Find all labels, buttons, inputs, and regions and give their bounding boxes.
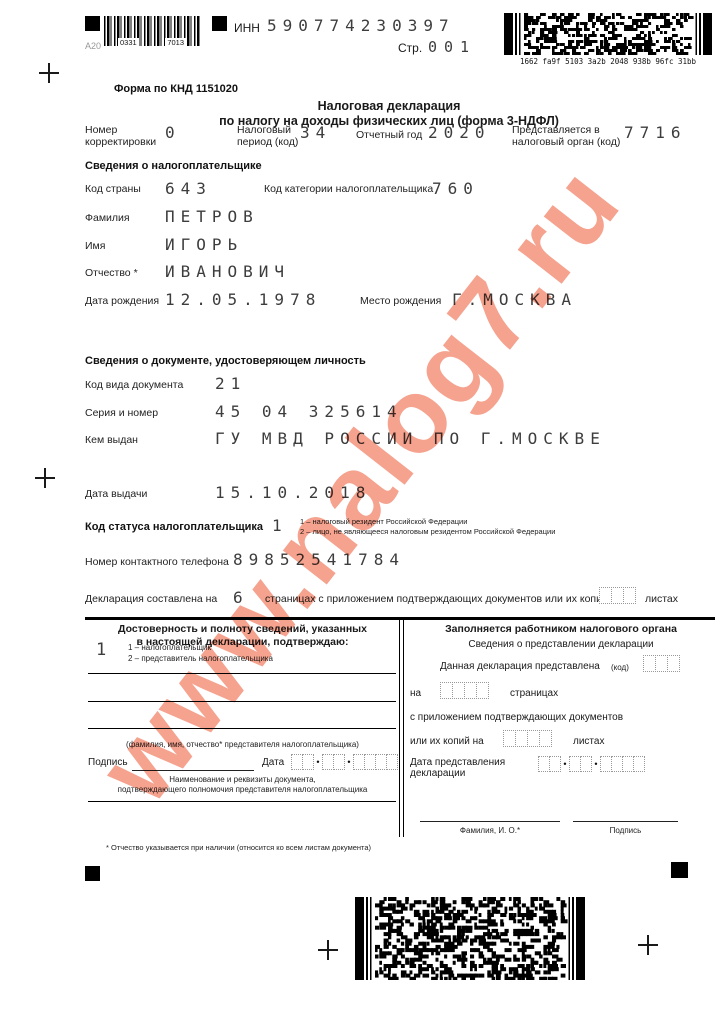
confirm-title-line1: Достоверность и полноту сведений, указан… <box>85 623 400 635</box>
crop-mark-plus-icon <box>39 63 59 83</box>
crop-mark-plus-icon <box>35 468 55 488</box>
pages-count-cells <box>440 682 489 699</box>
corner-square-icon <box>85 16 100 31</box>
identity-doc-section-title: Сведения о документе, удостоверяющем лич… <box>85 355 366 368</box>
official-fio-line <box>420 821 560 822</box>
attach-label: с приложением подтверждающих документов <box>410 712 623 723</box>
submitted-code-label: (код) <box>611 663 629 672</box>
doc-authority-caption-line2: подтверждающего полномочия представителя… <box>85 785 400 795</box>
page-number-label: Стр. <box>398 41 422 55</box>
form-marker-a20: A20 <box>85 41 101 51</box>
lastname-label: Фамилия <box>85 212 130 224</box>
taxpayer-category-value: 760 <box>432 179 479 198</box>
official-fio-caption: Фамилия, И. О.* <box>420 826 560 836</box>
tax-declaration-page: www.nalog7.ru 0331 7013 A20 ИНН 59077423… <box>0 0 724 1024</box>
birthplace-label: Место рождения <box>360 295 441 307</box>
signature-line <box>132 770 254 771</box>
pages-line-prefix: Декларация составлена на <box>85 593 217 605</box>
sheets-label: листах <box>573 736 604 747</box>
lastname-value: ПЕТРОВ <box>165 207 259 226</box>
form-code-label: Форма по КНД 1151020 <box>114 83 238 96</box>
barcode-hex-text: 1662 fa9f 5103 3a2b 2048 938b 96fc 31bb <box>504 57 712 66</box>
tax-authority-label: Представляется в налоговый орган (код) <box>512 124 620 148</box>
footnote-text: * Отчество указывается при наличии (отно… <box>106 843 371 853</box>
birthdate-value: 12.05.1978 <box>165 290 321 309</box>
confirm-note-1: 1 – налогоплательщик <box>128 643 211 653</box>
doc-series-label: Серия и номер <box>85 407 158 419</box>
firstname-label: Имя <box>85 240 105 252</box>
inn-value: 590774230397 <box>267 16 455 35</box>
doc-issued-label: Дата выдачи <box>85 488 147 500</box>
pages-line-suffix: листах <box>645 593 678 605</box>
doc-series-value: 45 04 325614 <box>215 402 403 421</box>
confirm-code-value: 1 <box>96 640 106 660</box>
status-code-value: 1 <box>272 516 288 535</box>
submitted-code-cells <box>643 655 680 672</box>
corner-square-icon <box>85 866 100 881</box>
doc-authority-caption-line1: Наименование и реквизиты документа, <box>85 775 400 785</box>
report-year-label: Отчетный год <box>356 129 422 141</box>
official-signature-line <box>573 821 678 822</box>
blank-line <box>88 801 396 802</box>
firstname-value: ИГОРЬ <box>165 235 243 254</box>
doc-issued-value: 15.10.2018 <box>215 483 371 502</box>
on-label: на <box>410 688 421 699</box>
2d-barcode-icon <box>504 13 712 55</box>
submitted-label: Данная декларация представлена <box>440 661 600 672</box>
pages-line-middle: страницах с приложением подтверждающих д… <box>265 593 622 605</box>
country-code-value: 643 <box>165 179 212 198</box>
linear-barcode-icon: 0331 7013 <box>104 16 200 46</box>
official-signature-caption: Подпись <box>573 826 678 836</box>
country-code-label: Код страны <box>85 183 141 195</box>
signature-label: Подпись <box>88 757 128 768</box>
copies-sheets-cells <box>599 587 636 604</box>
status-code-label: Код статуса налогоплательщика <box>85 521 263 534</box>
correction-number-label: Номер корректировки <box>85 124 156 148</box>
middlename-value: ИВАНОВИЧ <box>165 262 290 281</box>
confirm-note-2: 2 – представитель налогоплательщика <box>128 654 273 664</box>
official-title: Заполняется работником налогового органа <box>406 623 716 635</box>
form-title-line1: Налоговая декларация <box>134 99 644 113</box>
phone-value: 89852541784 <box>233 550 405 569</box>
pages-count-value: 6 <box>233 588 249 607</box>
pages-label: страницах <box>510 688 558 699</box>
inn-label: ИНН <box>234 21 260 35</box>
tax-authority-value: 7716 <box>624 123 687 142</box>
doc-issuer-label: Кем выдан <box>85 434 138 446</box>
blank-line <box>88 673 396 674</box>
barcode-number-right: 7013 <box>165 38 186 47</box>
official-subtitle: Сведения о представлении декларации <box>406 639 716 650</box>
page-number-value: 001 <box>428 38 476 56</box>
status-note-1: 1 – налоговый резидент Российской Федера… <box>300 517 467 527</box>
doc-kind-label: Код вида документа <box>85 379 183 391</box>
taxpayer-section-title: Сведения о налогоплательщике <box>85 160 262 173</box>
report-year-value: 2020 <box>428 123 491 142</box>
correction-number-value: 0 <box>165 123 181 142</box>
blank-line <box>88 728 396 729</box>
blank-line <box>88 701 396 702</box>
doc-issuer-value: ГУ МВД РОССИИ ПО Г.МОСКВЕ <box>215 429 606 448</box>
submission-date-label: Дата представления декларации <box>410 757 505 779</box>
date-label: Дата <box>262 757 284 768</box>
doc-kind-value: 21 <box>215 374 246 393</box>
tax-period-label: Налоговый период (код) <box>237 124 298 148</box>
status-note-2: 2 – лицо, не являющееся налоговым резиде… <box>300 527 555 537</box>
crop-mark-plus-icon <box>318 940 338 960</box>
birthdate-label: Дата рождения <box>85 295 159 307</box>
birthplace-value: Г.МОСКВА <box>452 290 577 309</box>
submission-date-cells <box>538 756 645 772</box>
corner-square-icon <box>671 862 688 878</box>
copies-count-cells <box>503 730 552 747</box>
representative-fio-caption: (фамилия, имя, отчество* представителя н… <box>85 740 400 750</box>
middlename-label: Отчество * <box>85 267 138 279</box>
barcode-number-left: 0331 <box>118 38 139 47</box>
phone-label: Номер контактного телефона <box>85 556 229 568</box>
signature-date-cells <box>291 754 398 770</box>
crop-mark-plus-icon <box>638 935 658 955</box>
taxpayer-category-label: Код категории налогоплательщика <box>264 183 433 195</box>
2d-barcode-icon <box>355 897 585 980</box>
corner-square-icon <box>212 16 227 31</box>
column-divider-line <box>399 620 404 837</box>
tax-period-value: 34 <box>300 123 331 142</box>
copies-label: или их копий на <box>410 736 484 747</box>
